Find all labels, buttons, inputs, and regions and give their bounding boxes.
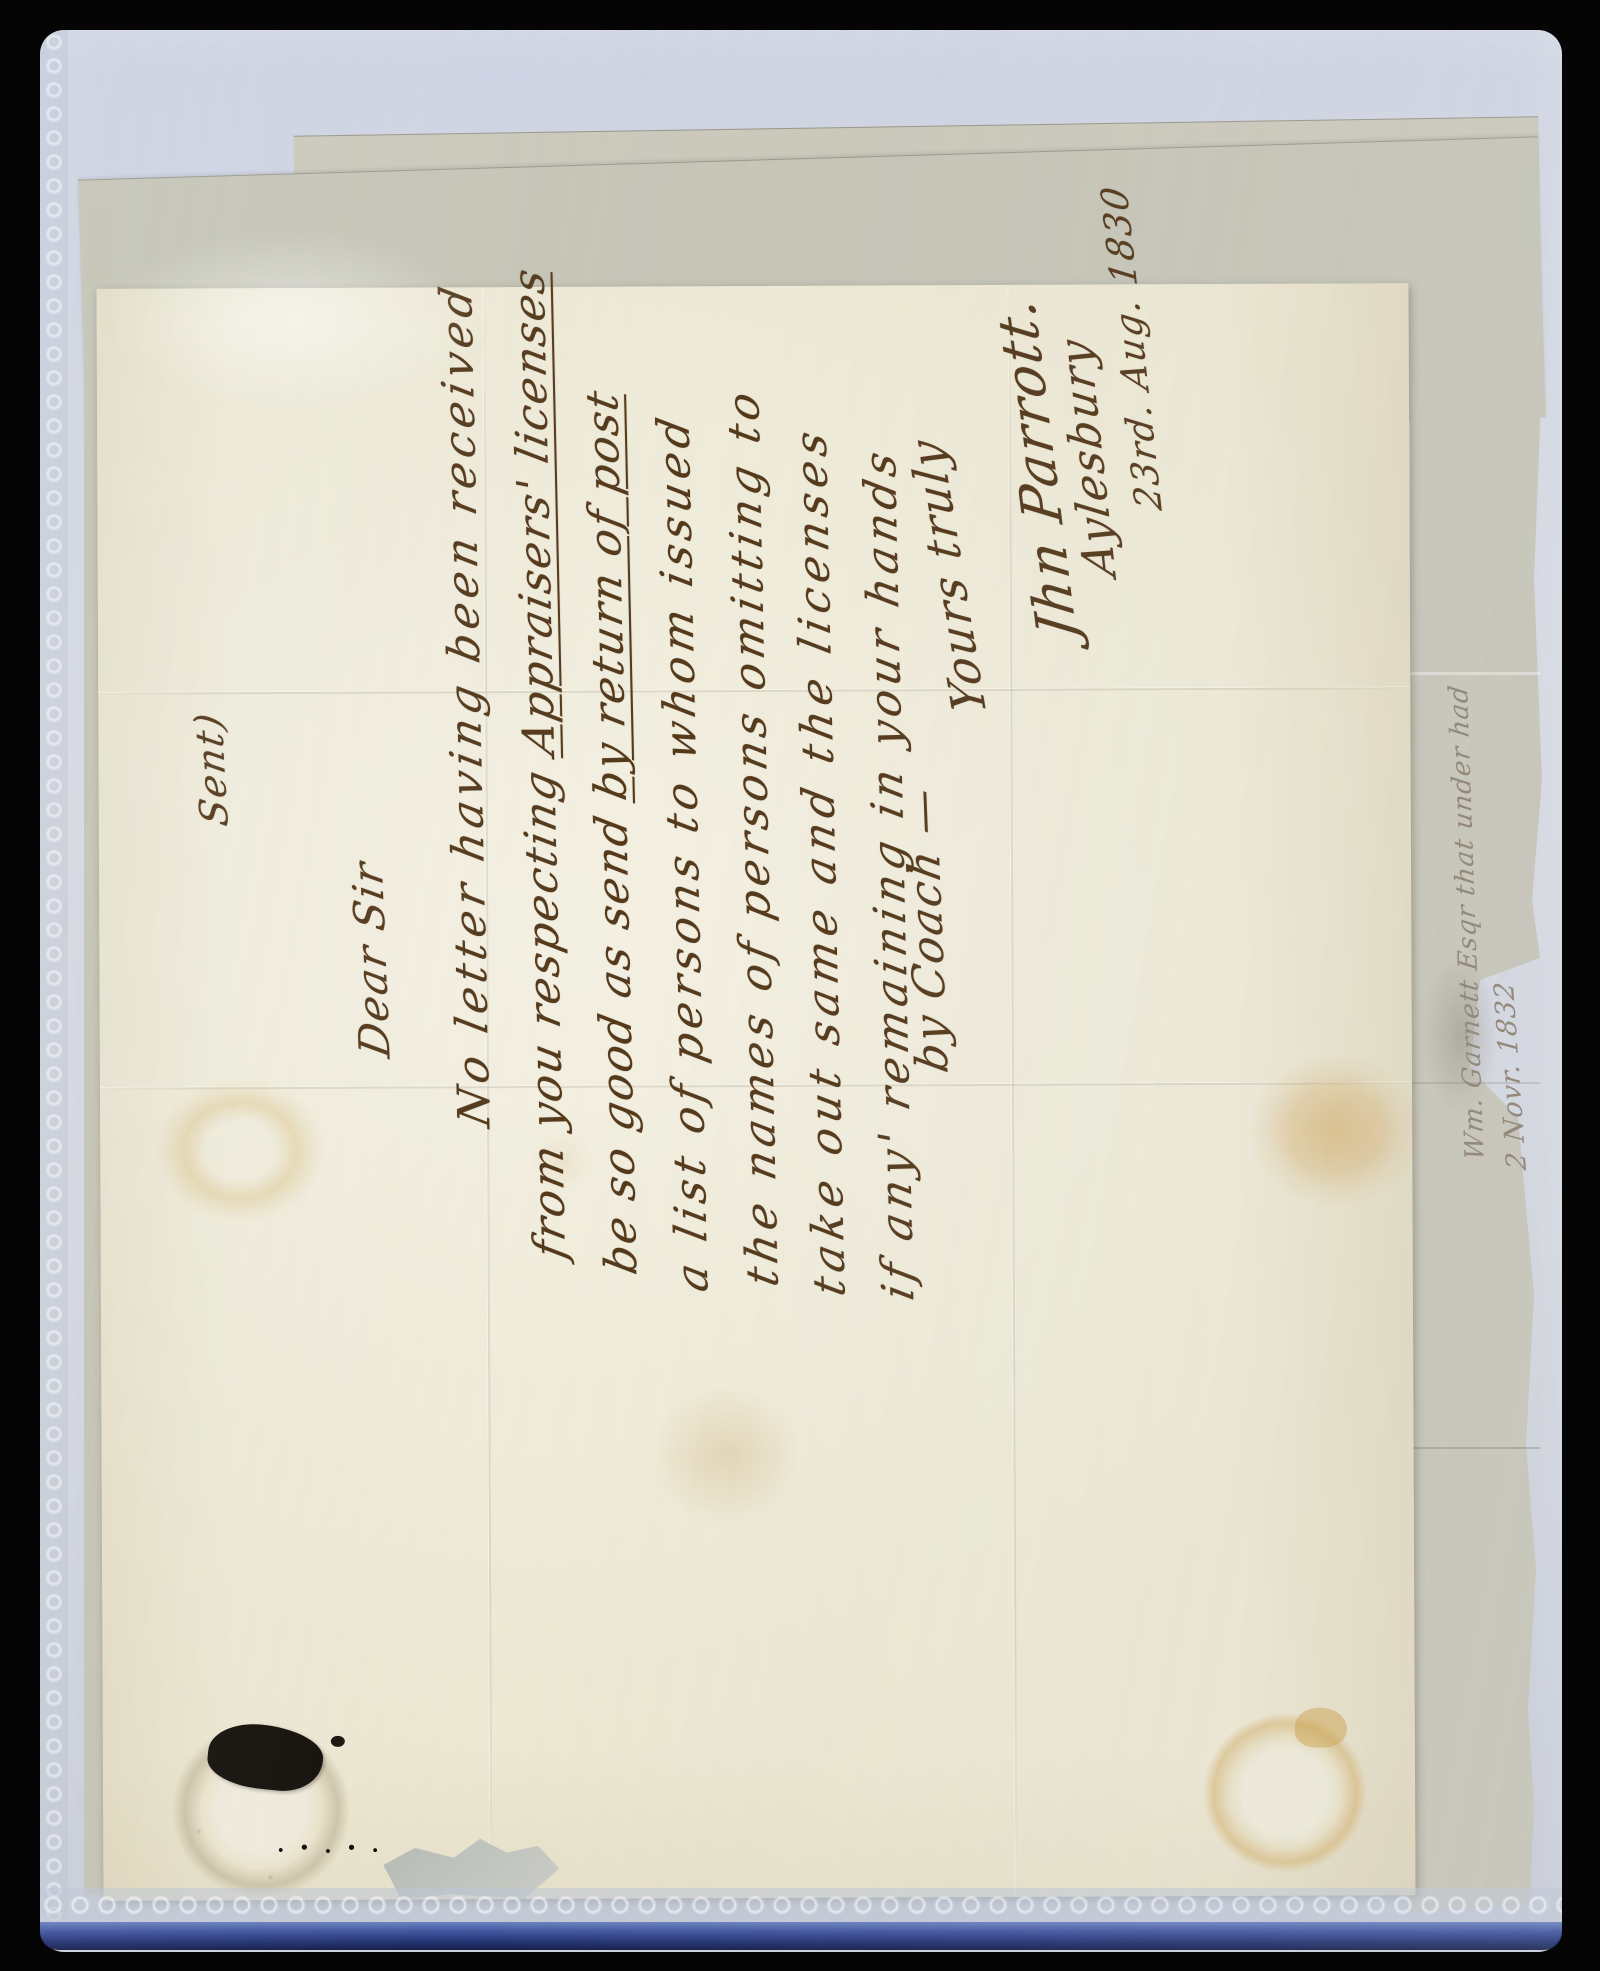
line-text: by Coach — xyxy=(896,783,959,1076)
line-underlined-text: Appraisers' licenses xyxy=(503,263,565,759)
wax-specks xyxy=(271,1840,389,1859)
salutation-text: Dear Sir xyxy=(343,857,400,1061)
letter-sheet: Sent) Dear Sir No letter having been rec… xyxy=(96,283,1415,1901)
line-text: from you respecting xyxy=(514,749,576,1263)
photo-of-letter-in-sleeve: Sent) Dear Sir No letter having been rec… xyxy=(0,0,1600,1971)
letter-salutation: Dear Sir xyxy=(337,842,406,1062)
line-text: a list of persons to whom issued xyxy=(648,409,718,1295)
fold-crease xyxy=(1410,1447,1540,1449)
faint-ring-stain xyxy=(155,1077,326,1224)
letter-line: from you respecting Appraisers' licenses xyxy=(500,302,581,1263)
line-text: be so good as send xyxy=(586,794,648,1278)
sleeve-seam-left xyxy=(40,30,68,1924)
ink-tan-stain xyxy=(1248,1053,1423,1208)
seal-stain-blotch xyxy=(1295,1707,1347,1747)
fold-crease xyxy=(1410,672,1540,675)
line-text: No letter having been received xyxy=(431,278,501,1130)
letter-line: No letter having been received xyxy=(427,291,505,1132)
sleeve-blue-strip xyxy=(40,1922,1562,1950)
wax-speck xyxy=(331,1736,345,1747)
line-underlined-text: by return of post xyxy=(577,385,637,804)
docket-date-text: 2 Novr. 1832 xyxy=(1489,980,1533,1171)
annotation-text: Sent) xyxy=(186,709,237,829)
line-text: take out same and the licenses xyxy=(785,422,855,1300)
line-text: the names of persons omitting to xyxy=(718,383,789,1290)
faint-stain xyxy=(651,1385,802,1526)
letter-line: take out same and the licenses xyxy=(780,355,861,1301)
letter-line: by Coach — xyxy=(894,832,964,1077)
letter-line: a list of persons to whom issued xyxy=(643,360,723,1296)
sleeve-seam-bottom xyxy=(40,1888,1562,1922)
letter-annotation-sent: Sent) xyxy=(176,671,245,830)
